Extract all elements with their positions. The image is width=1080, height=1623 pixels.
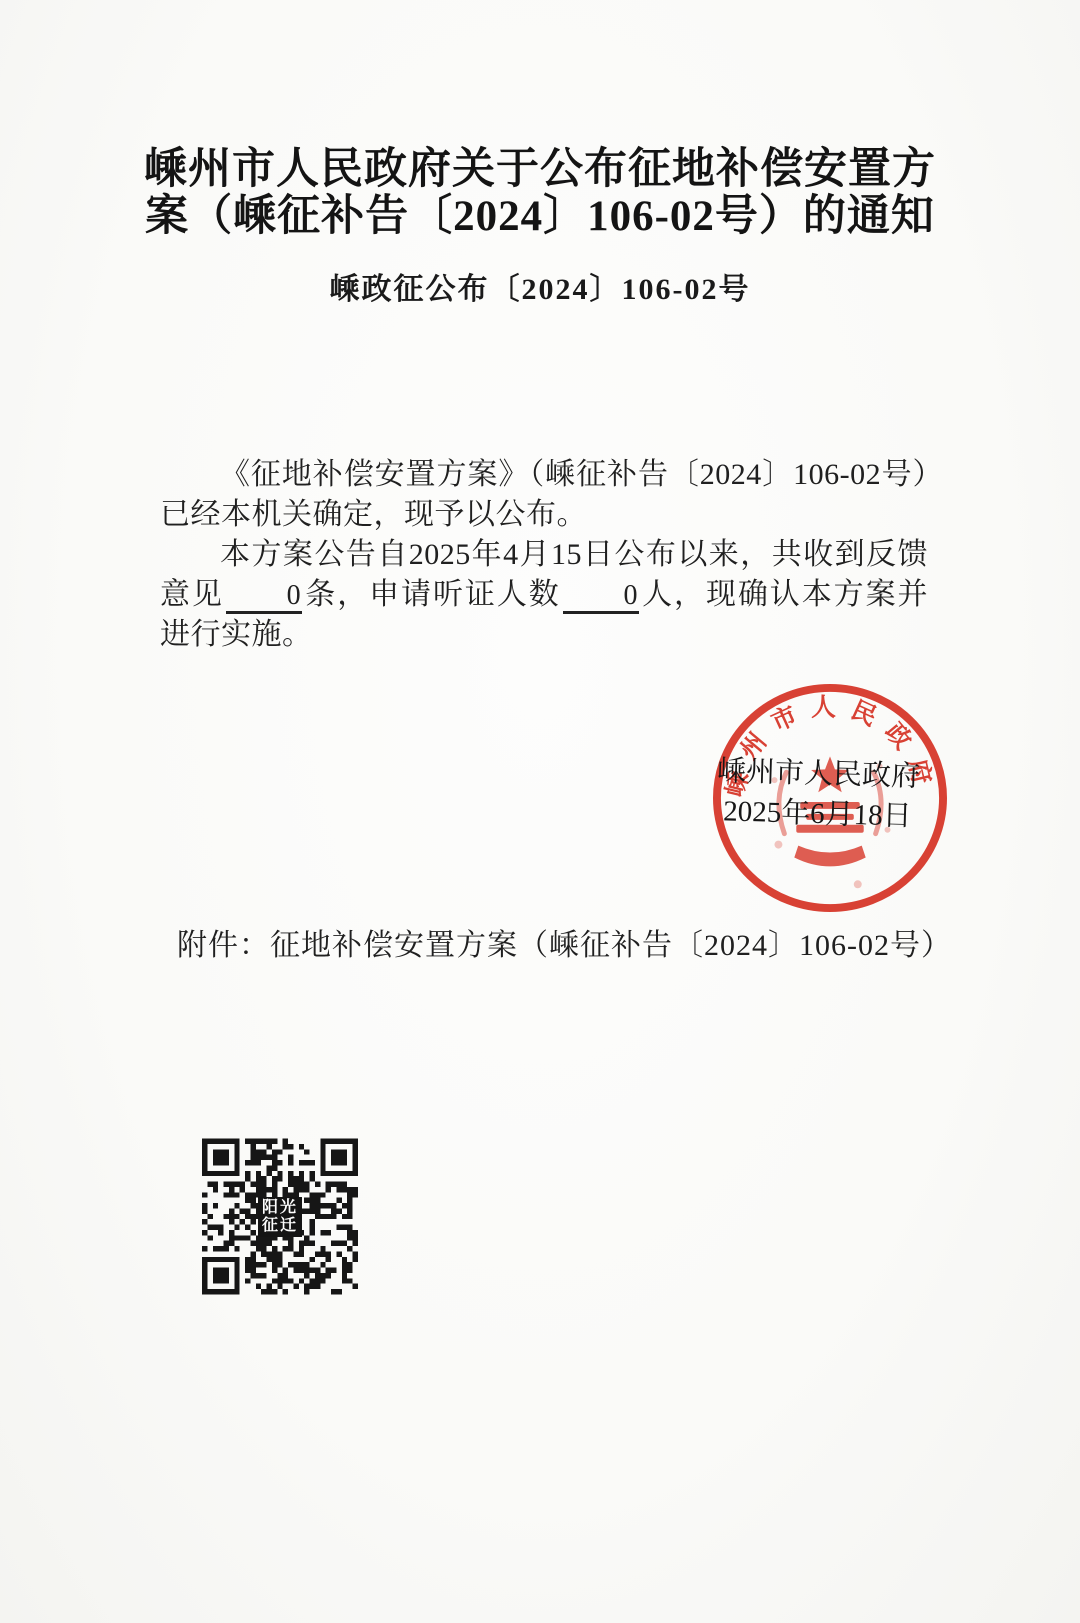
signature-block: 嵊州市人民政府 2025年6月18日: [697, 751, 939, 838]
qr-label-line-1: 阳光: [262, 1199, 298, 1217]
body-paragraph-1: 《征地补偿安置方案》（嵊征补告〔2024〕106-02号）已经本机关确定，现予以…: [160, 455, 928, 535]
feedback-count-blank: 0: [226, 581, 302, 614]
title-line-1: 嵊州市人民政府关于公布征地补偿安置方: [140, 146, 940, 193]
title-line-2: 案（嵊征补告〔2024〕106-02号）的通知: [140, 193, 940, 240]
body-text: 《征地补偿安置方案》（嵊征补告〔2024〕106-02号）已经本机关确定，现予以…: [160, 455, 928, 655]
qr-label: 阳光 征迁: [258, 1197, 302, 1237]
hearing-count-blank: 0: [563, 581, 639, 614]
signature-date: 2025年6月18日: [697, 791, 938, 838]
qr-code: 阳光 征迁: [202, 1137, 358, 1296]
document-page: 嵊州市人民政府关于公布征地补偿安置方 案（嵊征补告〔2024〕106-02号）的…: [0, 0, 1080, 1623]
doc-number: 嵊政征公布〔2024〕106-02号: [0, 264, 1080, 308]
attachment-line: 附件：征地补偿安置方案（嵊征补告〔2024〕106-02号）: [177, 920, 952, 964]
qr-label-line-2: 征迁: [262, 1217, 298, 1235]
page-title: 嵊州市人民政府关于公布征地补偿安置方 案（嵊征补告〔2024〕106-02号）的…: [140, 146, 940, 240]
paragraph2-middle: 条，申请听证人数: [304, 578, 561, 611]
body-paragraph-2: 本方案公告自2025年4月15日公布以来，共收到反馈意见0条，申请听证人数0人，…: [160, 535, 928, 655]
signature-authority: 嵊州市人民政府: [698, 751, 939, 798]
